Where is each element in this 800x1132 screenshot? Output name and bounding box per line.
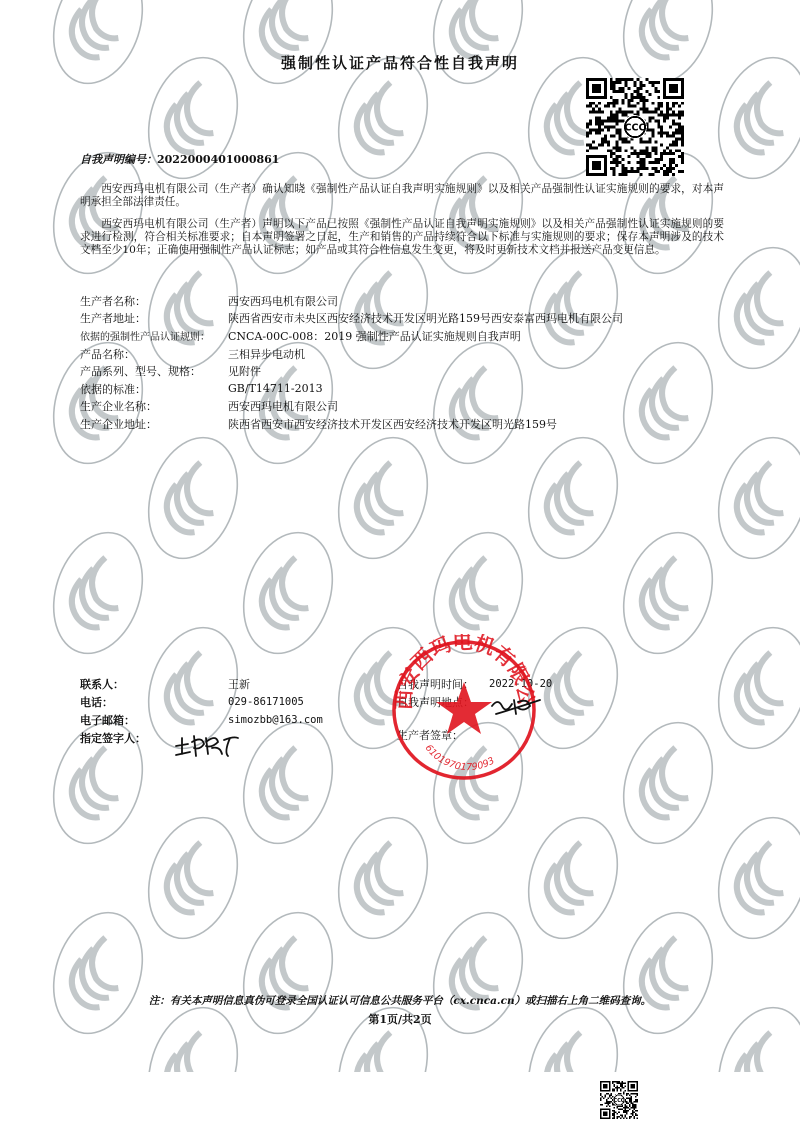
- info-row-producer-name: 生产者名称：西安西玛电机有限公司: [80, 292, 730, 310]
- svg-text:CCC: CCC: [614, 1098, 625, 1104]
- info-row-manufacturer-name: 生产企业名称：西安西玛电机有限公司: [80, 398, 730, 416]
- paragraph-declaration: 西安西玛电机有限公司（生产者）声明以下产品已按照《强制性产品认证自我声明实施规则…: [80, 218, 724, 257]
- contact-phone: 电话：029-86171005: [80, 693, 380, 711]
- declaration-number-label: 自我声明编号：: [80, 153, 157, 166]
- qr-code-small-icon[interactable]: CCC: [600, 1080, 638, 1120]
- svg-text:CCC: CCC: [625, 123, 646, 134]
- document-page: 强制性认证产品符合性自我声明 自我声明编号：2022000401000861 C…: [0, 0, 800, 1132]
- contact-person: 联系人：王新: [80, 675, 380, 693]
- info-row-product-name: 产品名称：三相异步电动机: [80, 345, 730, 363]
- handwritten-signature: [172, 728, 242, 760]
- declaration-number: 自我声明编号：2022000401000861: [80, 151, 279, 167]
- info-row-certification-rule: 依据的强制性产品认证规则：CNCA-00C-008：2019 强制性产品认证实施…: [80, 327, 730, 345]
- document-title: 强制性认证产品符合性自我声明: [0, 52, 800, 73]
- paragraph-acknowledgement: 西安西玛电机有限公司（生产者）确认知晓《强制性产品认证自我声明实施规则》以及相关…: [80, 183, 724, 209]
- verification-note: 注：有关本声明信息真伪可登录全国认证认可信息公共服务平台（cx.cnca.cn）…: [0, 993, 800, 1008]
- declaration-time: 自我声明时间：2022-10-20: [397, 675, 597, 693]
- info-row-manufacturer-address: 生产企业地址：陕西省西安市西安经济技术开发区西安经济技术开发区明光路159号: [80, 415, 730, 433]
- page-indicator: 第1页/共2页: [0, 1011, 800, 1027]
- declaration-number-value: 2022000401000861: [157, 153, 279, 166]
- product-info-table: 生产者名称：西安西玛电机有限公司 生产者地址：陕西省西安市未央区西安经济技术开发…: [80, 292, 730, 433]
- contact-email: 电子邮箱：simozbb@163.com: [80, 711, 380, 729]
- handwritten-signature-2: [488, 692, 544, 718]
- info-row-standard: 依据的标准：GB/T14711-2013: [80, 380, 730, 398]
- info-row-producer-address: 生产者地址：陕西省西安市未央区西安经济技术开发区明光路159号西安泰富西玛电机有…: [80, 310, 730, 328]
- producer-seal-label: 生产者签章：: [397, 727, 463, 743]
- qr-code-icon[interactable]: CCC: [586, 78, 684, 176]
- info-row-product-model: 产品系列、型号、规格：见附件: [80, 362, 730, 380]
